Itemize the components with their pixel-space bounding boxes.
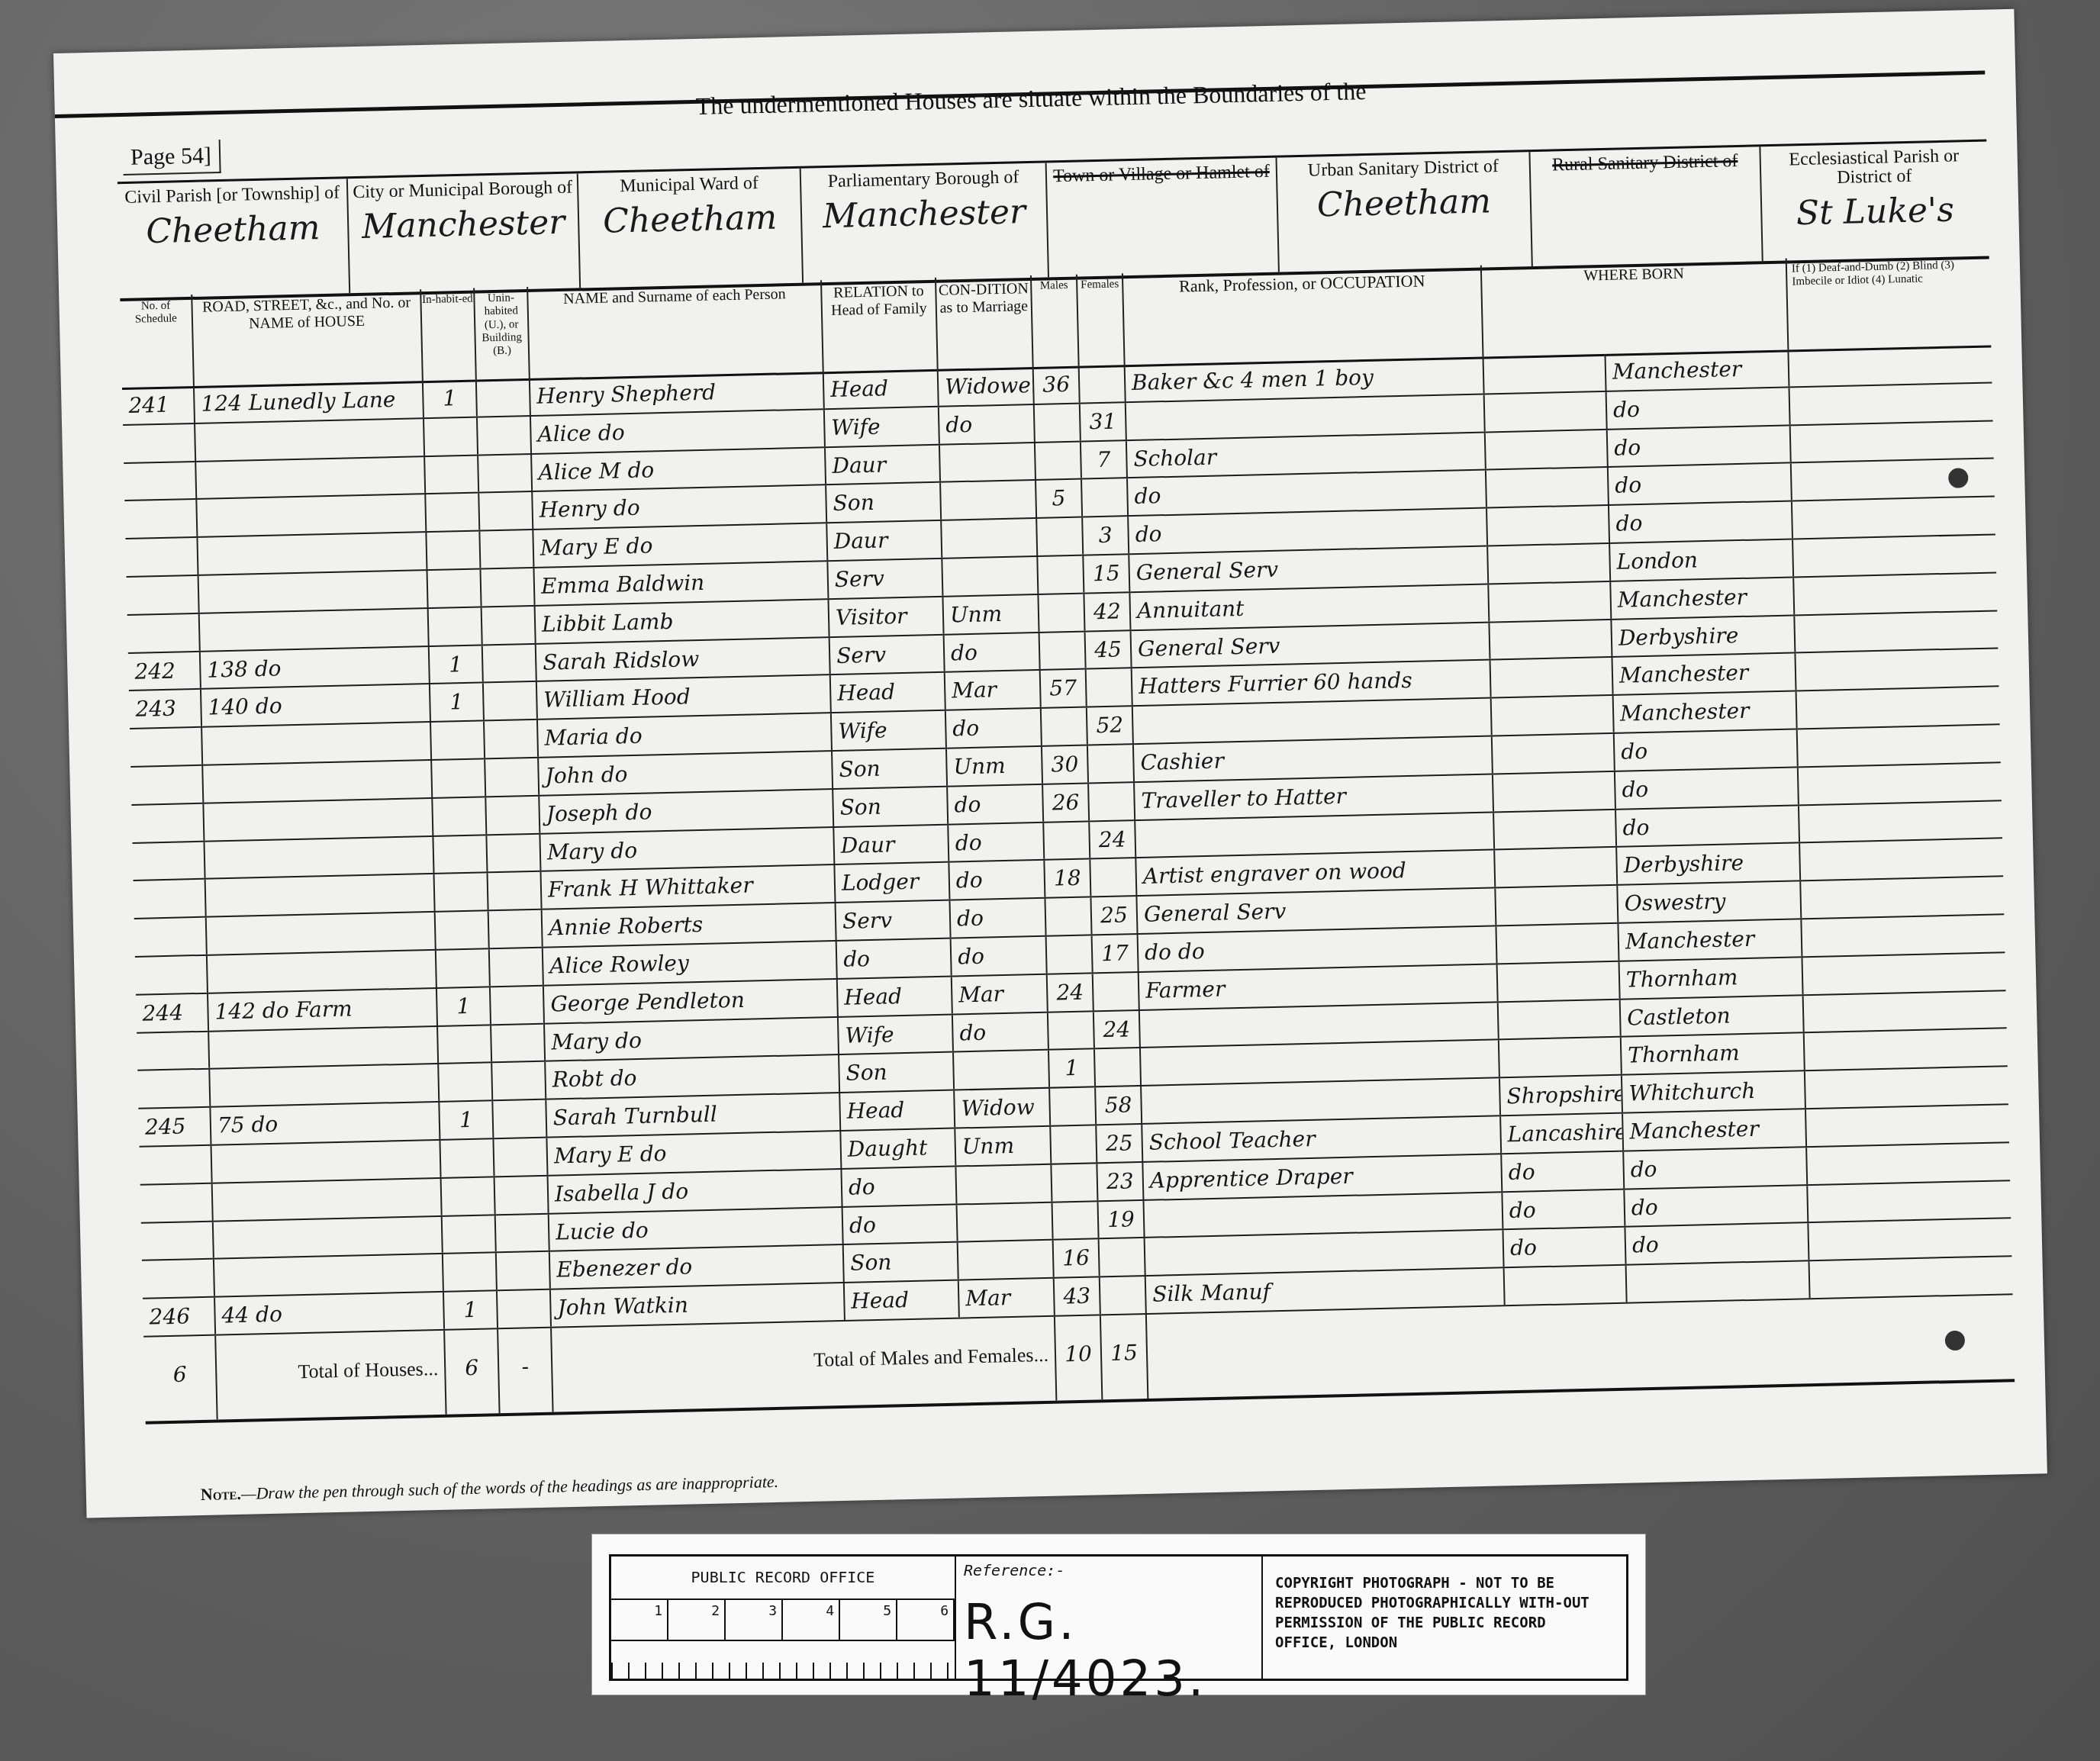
- relation-cell: Son: [844, 1243, 959, 1282]
- district-label: Rural Sanitary District of: [1552, 151, 1738, 175]
- condition-cell: [941, 481, 1037, 520]
- relation-cell: do: [837, 939, 952, 978]
- born-place-cell: do: [1625, 1186, 1809, 1226]
- schedule-cell: [137, 1070, 211, 1108]
- relation-cell: Serv: [830, 635, 945, 674]
- occupation-cell: General Serv: [1129, 546, 1489, 591]
- occupation-cell: [1135, 813, 1495, 857]
- record-office-stamp: PUBLIC RECORD OFFICE 123456 Reference:- …: [591, 1534, 1646, 1695]
- inhabited-cell: [429, 607, 483, 645]
- schedule-cell: [141, 1222, 214, 1260]
- born-county-cell: [1496, 924, 1619, 963]
- name-cell: Alice Rowley: [543, 942, 838, 985]
- district-label: Town or Village or Hamlet of: [1053, 162, 1270, 186]
- occupation-cell: Traveller to Hatter: [1135, 774, 1494, 819]
- schedule-cell: [124, 500, 198, 538]
- relation-cell: Head: [845, 1281, 960, 1320]
- condition-cell: [958, 1241, 1055, 1280]
- uninhabited-cell: [478, 417, 532, 454]
- name-cell: Henry do: [533, 486, 827, 530]
- district-civil-parish: Civil Parish [or Township] of Cheetham: [118, 179, 350, 298]
- name-cell: Mary E do: [533, 523, 828, 567]
- census-rows: 241124 Lunedly Lane1Henry ShepherdHeadWi…: [122, 345, 2015, 1424]
- relation-cell: Daur: [827, 521, 942, 560]
- uninhabited-cell: [496, 1214, 550, 1251]
- occupation-cell: General Serv: [1132, 623, 1491, 667]
- infirmity-cell: [1798, 725, 2001, 766]
- born-place-cell: Thornham: [1620, 958, 1804, 998]
- infirmity-cell: [1791, 421, 1994, 462]
- name-cell: Henry Shepherd: [530, 372, 825, 415]
- inhabited-cell: 1: [444, 1291, 498, 1328]
- born-county-cell: [1486, 468, 1609, 507]
- total-males: 10: [1055, 1315, 1103, 1400]
- born-place-cell: do: [1615, 729, 1799, 770]
- relation-cell: Daught: [841, 1128, 956, 1167]
- occupation-cell: Apprentice Draper: [1143, 1154, 1503, 1199]
- occupation-cell: Hatters Furrier 60 hands: [1132, 661, 1492, 705]
- road-cell: [208, 951, 437, 993]
- schedule-cell: [123, 424, 196, 462]
- born-place-cell: Oswestry: [1618, 881, 1802, 922]
- females-age-cell: 17: [1093, 935, 1139, 972]
- note-lead: Note.: [201, 1484, 242, 1504]
- born-county-cell: do: [1502, 1151, 1625, 1190]
- schedule-cell: 242: [128, 652, 201, 690]
- infirmity-cell: [1805, 1067, 2008, 1108]
- infirmity-cell: [1805, 1029, 2008, 1070]
- infirmity-cell: [1794, 573, 1997, 614]
- road-cell: [198, 533, 427, 575]
- uninhabited-cell: [480, 530, 534, 568]
- relation-cell: Wife: [839, 1015, 954, 1054]
- males-age-cell: [1042, 708, 1088, 745]
- name-cell: Joseph do: [539, 790, 834, 833]
- females-age-cell: 25: [1091, 897, 1138, 934]
- condition-cell: [942, 519, 1038, 558]
- inhabited-cell: [436, 949, 491, 987]
- relation-cell: Son: [826, 483, 942, 522]
- inhabited-cell: [433, 835, 488, 873]
- relation-cell: Head: [831, 673, 946, 712]
- born-place-cell: do: [1608, 426, 1792, 466]
- schedule-cell: [134, 880, 207, 918]
- born-place-cell: Derbyshire: [1612, 616, 1796, 656]
- road-cell: [197, 494, 427, 536]
- relation-cell: Serv: [836, 901, 952, 940]
- road-cell: [203, 761, 433, 803]
- ruler-number: 2: [668, 1600, 726, 1640]
- condition-cell: [954, 1051, 1050, 1090]
- name-cell: Mary E do: [547, 1132, 842, 1175]
- born-place-cell: Thornham: [1622, 1034, 1805, 1074]
- born-place-cell: Manchester: [1612, 654, 1796, 694]
- schedule-cell: [130, 766, 204, 804]
- born-county-cell: do: [1503, 1190, 1625, 1228]
- females-age-cell: [1093, 973, 1140, 1010]
- infirmity-cell: [1809, 1219, 2011, 1260]
- born-county-cell: [1496, 886, 1618, 925]
- relation-cell: Serv: [828, 559, 943, 598]
- born-county-cell: Lancashire: [1501, 1114, 1624, 1153]
- females-age-cell: 25: [1097, 1125, 1143, 1162]
- col-uninhabited: Unin-habited (U.), or Building (B.): [475, 287, 530, 380]
- road-cell: 142 do Farm: [208, 989, 438, 1031]
- uninhabited-cell: [482, 607, 536, 644]
- occupation-cell: do do: [1139, 926, 1498, 971]
- occupation-cell: [1126, 394, 1486, 439]
- infirmity-cell: [1795, 611, 1998, 652]
- males-age-cell: 30: [1042, 745, 1089, 783]
- uninhabited-cell: [481, 568, 535, 606]
- condition-cell: do: [949, 823, 1045, 861]
- ruler-number: 3: [726, 1600, 783, 1640]
- born-place-cell: London: [1610, 539, 1794, 580]
- females-age-cell: [1080, 365, 1126, 402]
- infirmity-cell: [1802, 915, 2005, 956]
- district-municipal-ward: Municipal Ward of Cheetham: [578, 169, 804, 288]
- col-where-born: WHERE BORN: [1482, 259, 1789, 357]
- name-cell: Emma Baldwin: [534, 562, 829, 605]
- total-females: 15: [1101, 1315, 1148, 1399]
- ruler-number: 4: [783, 1600, 840, 1640]
- uninhabited-cell: [488, 872, 543, 909]
- district-label: City or Municipal Borough of: [353, 178, 573, 203]
- males-age-cell: [1037, 518, 1084, 555]
- copyright-notice: COPYRIGHT PHOTOGRAPH - NOT TO BE REPRODU…: [1263, 1557, 1626, 1679]
- born-county-cell: [1498, 961, 1621, 1000]
- born-county-cell: [1493, 772, 1616, 811]
- uninhabited-cell: [484, 682, 538, 720]
- road-cell: [212, 1141, 442, 1183]
- uninhabited-cell: [492, 1062, 546, 1099]
- born-place-cell: do: [1607, 388, 1791, 428]
- occupation-cell: Cashier: [1134, 736, 1493, 781]
- relation-cell: Lodger: [835, 863, 950, 902]
- ruler-numbers: 123456: [611, 1600, 955, 1641]
- males-age-cell: 43: [1055, 1277, 1101, 1315]
- males-age-cell: [1044, 822, 1090, 859]
- females-age-cell: 7: [1081, 441, 1128, 478]
- relation-cell: Head: [838, 977, 953, 1016]
- col-schedule: No. of Schedule: [120, 295, 195, 388]
- females-age-cell: 42: [1084, 593, 1131, 630]
- males-age-cell: 24: [1048, 974, 1094, 1011]
- infirmity-cell: [1802, 953, 2005, 994]
- inhabited-cell: [426, 494, 480, 531]
- name-cell: Alice M do: [532, 448, 826, 491]
- relation-cell: do: [842, 1167, 957, 1206]
- males-age-cell: [1050, 1087, 1097, 1125]
- ruler-number: 6: [897, 1600, 955, 1640]
- relation-cell: Son: [839, 1053, 955, 1092]
- inhabited-cell: [428, 569, 482, 607]
- occupation-cell: do: [1128, 471, 1487, 515]
- ruler-ticks: [611, 1641, 955, 1679]
- males-age-cell: 36: [1034, 366, 1081, 404]
- born-place-cell: do: [1624, 1148, 1808, 1188]
- relation-cell: do: [843, 1205, 958, 1244]
- relation-cell: Daur: [834, 825, 949, 864]
- road-cell: 44 do: [215, 1293, 445, 1334]
- district-label: Municipal Ward of: [620, 173, 759, 196]
- ruler-number: 5: [840, 1600, 897, 1640]
- born-place-cell: [1627, 1261, 1811, 1302]
- born-county-cell: [1493, 734, 1615, 773]
- relation-cell: Wife: [825, 407, 940, 446]
- road-cell: [204, 799, 433, 841]
- col-inhabited: In-habit-ed: [421, 288, 477, 381]
- relation-cell: Son: [833, 787, 949, 826]
- name-cell: Frank H Whittaker: [542, 865, 836, 909]
- schedule-cell: [140, 1146, 213, 1184]
- district-town-village: Town or Village or Hamlet of: [1047, 158, 1280, 278]
- inhabited-cell: [425, 456, 479, 493]
- uninhabited-cell: [486, 797, 540, 834]
- schedule-cell: 246: [143, 1298, 216, 1336]
- born-place-cell: do: [1609, 502, 1793, 542]
- condition-cell: [942, 557, 1039, 596]
- road-cell: 138 do: [201, 647, 430, 689]
- born-place-cell: Manchester: [1611, 578, 1795, 618]
- condition-cell: Mar: [952, 975, 1048, 1014]
- condition-cell: [940, 443, 1036, 482]
- occupation-cell: [1133, 699, 1493, 743]
- males-age-cell: [1039, 594, 1085, 631]
- infirmity-cell: [1799, 801, 2002, 842]
- district-value: St Luke's: [1762, 192, 1989, 233]
- females-age-cell: [1082, 479, 1129, 517]
- name-cell: Maria do: [538, 713, 833, 757]
- males-age-cell: [1048, 1012, 1095, 1049]
- page-label: Page 54]: [123, 140, 221, 175]
- name-cell: William Hood: [537, 675, 832, 719]
- schedule-cell: 241: [122, 386, 195, 424]
- condition-cell: do: [953, 1012, 1049, 1051]
- schedule-cell: [127, 576, 200, 614]
- born-county-cell: [1491, 658, 1614, 697]
- schedule-cell: [131, 804, 205, 842]
- occupation-cell: Annuitant: [1130, 584, 1490, 629]
- males-age-cell: [1040, 632, 1087, 669]
- infirmity-cell: [1801, 877, 2004, 918]
- females-age-cell: 23: [1097, 1163, 1144, 1200]
- occupation-cell: Silk Manuf: [1146, 1268, 1506, 1312]
- males-age-cell: 1: [1049, 1050, 1096, 1087]
- females-age-cell: [1087, 669, 1133, 707]
- road-cell: [202, 723, 432, 765]
- schedule-cell: 244: [136, 993, 209, 1032]
- schedule-cell: 243: [129, 690, 202, 728]
- schedule-cell: 245: [138, 1108, 211, 1146]
- born-county-cell: [1486, 430, 1609, 469]
- occupation-cell: Artist engraver on wood: [1136, 851, 1496, 895]
- occupation-cell: Farmer: [1139, 964, 1499, 1009]
- males-age-cell: 18: [1045, 860, 1091, 897]
- district-label: Ecclesiastical Parish or District of: [1789, 146, 1959, 188]
- born-county-cell: [1484, 354, 1607, 393]
- schedule-cell: [135, 956, 208, 994]
- schedule-cell: [137, 1032, 210, 1070]
- infirmity-cell: [1807, 1143, 2010, 1184]
- road-cell: [205, 837, 434, 879]
- col-name: NAME and Surname of each Person: [528, 280, 824, 378]
- name-cell: John do: [539, 752, 833, 795]
- males-age-cell: 5: [1036, 480, 1083, 517]
- total-inhabited: 6: [445, 1329, 500, 1415]
- reference-box: Reference:- R.G. 11/4023.: [956, 1557, 1263, 1679]
- col-relation: RELATION to Head of Family: [822, 278, 939, 372]
- females-age-cell: 19: [1098, 1200, 1145, 1238]
- road-cell: [200, 609, 430, 651]
- females-age-cell: 31: [1081, 403, 1127, 440]
- name-cell: Sarah Ridslow: [536, 638, 831, 681]
- district-value: Manchester: [802, 195, 1047, 235]
- born-place-cell: Manchester: [1614, 692, 1798, 732]
- name-cell: Isabella J do: [549, 1170, 843, 1213]
- condition-cell: do: [946, 709, 1042, 748]
- born-place-cell: Manchester: [1623, 1109, 1807, 1150]
- total-schedules: 6: [143, 1336, 217, 1421]
- females-age-cell: [1089, 783, 1135, 820]
- infirmity-cell: [1799, 763, 2002, 804]
- inhabited-cell: [440, 1139, 494, 1177]
- inhabited-cell: [431, 722, 485, 759]
- uninhabited-cell: [483, 644, 537, 681]
- uninhabited-cell: [487, 834, 541, 871]
- condition-cell: Unm: [955, 1127, 1052, 1166]
- inhabited-cell: [435, 874, 489, 911]
- males-age-cell: [1051, 1125, 1097, 1163]
- condition-cell: Widower: [939, 367, 1035, 406]
- infirmity-cell: [1800, 839, 2003, 880]
- district-rural-sanitary: Rural Sanitary District of: [1530, 146, 1763, 266]
- name-cell: Mary do: [545, 1018, 839, 1061]
- office-title: PUBLIC RECORD OFFICE: [611, 1557, 955, 1600]
- infirmity-cell: [1804, 991, 2007, 1032]
- born-county-cell: [1490, 620, 1612, 658]
- infirmity-cell: [1806, 1105, 2009, 1146]
- uninhabited-cell: [477, 378, 531, 416]
- infirmity-cell: [1792, 497, 1995, 539]
- district-parliamentary-borough: Parliamentary Borough of Manchester: [801, 163, 1049, 283]
- district-label: Urban Sanitary District of: [1308, 156, 1499, 181]
- condition-cell: Mar: [959, 1279, 1055, 1318]
- inhabited-cell: [436, 911, 490, 948]
- district-value: Cheetham: [118, 211, 348, 251]
- road-cell: [196, 457, 426, 499]
- road-cell: [207, 913, 436, 955]
- occupation-cell: [1141, 1041, 1500, 1085]
- occupation-cell: do: [1129, 509, 1488, 553]
- road-cell: [214, 1216, 443, 1258]
- name-cell: Ebenezer do: [550, 1245, 845, 1289]
- census-sheet: The undermentioned Houses are situate wi…: [53, 9, 2047, 1518]
- district-label: Parliamentary Borough of: [827, 167, 1019, 192]
- col-condition: CON-DITION as to Marriage: [936, 275, 1034, 369]
- condition-cell: Unm: [947, 747, 1043, 786]
- uninhabited-cell: [495, 1176, 549, 1213]
- road-cell: [213, 1179, 443, 1221]
- col-occupation: Rank, Profession, or OCCUPATION: [1123, 266, 1484, 365]
- uninhabited-cell: [498, 1290, 552, 1328]
- uninhabited-cell: [491, 1024, 546, 1061]
- females-age-cell: 24: [1094, 1011, 1141, 1048]
- boundaries-heading: The undermentioned Houses are situate wi…: [695, 77, 1366, 121]
- males-age-cell: [1047, 935, 1093, 973]
- pro-scale: PUBLIC RECORD OFFICE 123456: [611, 1557, 956, 1679]
- occupation-cell: General Serv: [1137, 889, 1496, 933]
- born-county-cell: [1492, 696, 1615, 735]
- uninhabited-cell: [491, 986, 545, 1023]
- infirmity-cell: [1796, 649, 1999, 691]
- total-persons-label: Total of Males and Females...: [552, 1317, 1057, 1412]
- occupation-cell: Scholar: [1127, 433, 1486, 477]
- born-place-cell: do: [1609, 464, 1792, 504]
- name-cell: Robt do: [546, 1055, 840, 1099]
- uninhabited-cell: [493, 1100, 547, 1138]
- schedule-cell: [140, 1183, 214, 1222]
- born-place-cell: Manchester: [1606, 349, 1789, 390]
- males-age-cell: [1036, 442, 1082, 479]
- reference-value: R.G. 11/4023.: [964, 1595, 1261, 1708]
- schedule-cell: [124, 462, 197, 500]
- uninhabited-cell: [479, 492, 533, 530]
- born-county-cell: [1485, 392, 1608, 431]
- name-cell: John Watkin: [551, 1283, 845, 1327]
- road-cell: [206, 874, 436, 916]
- occupation-cell: School Teacher: [1142, 1116, 1502, 1161]
- infirmity-cell: [1808, 1181, 2011, 1222]
- occupation-cell: Baker &c 4 men 1 boy: [1126, 357, 1485, 401]
- total-uninhabited: -: [498, 1328, 553, 1414]
- uninhabited-cell: [489, 910, 543, 948]
- col-males: Males: [1032, 275, 1080, 367]
- inhabited-cell: [427, 532, 481, 569]
- inhabited-cell: 1: [430, 645, 484, 683]
- infirmity-cell: [1789, 345, 1992, 386]
- ruler-number: 1: [611, 1600, 668, 1640]
- born-place-cell: Derbyshire: [1617, 844, 1801, 884]
- females-age-cell: [1100, 1276, 1147, 1314]
- total-houses-label: Total of Houses...: [216, 1331, 446, 1420]
- inhabited-cell: 1: [437, 987, 491, 1025]
- occupation-cell: [1140, 1003, 1499, 1047]
- name-cell: Lucie do: [549, 1207, 844, 1251]
- relation-cell: Head: [824, 369, 939, 408]
- relation-cell: Head: [840, 1091, 955, 1130]
- uninhabited-cell: [485, 720, 539, 758]
- females-age-cell: 52: [1087, 707, 1134, 744]
- condition-cell: do: [939, 405, 1036, 444]
- inhabited-cell: 1: [440, 1101, 494, 1138]
- inhabited-cell: [438, 1025, 492, 1063]
- district-ecclesiastical: Ecclesiastical Parish or District of St …: [1760, 142, 1989, 262]
- district-urban-sanitary: Urban Sanitary District of Cheetham: [1277, 152, 1533, 272]
- relation-cell: Daur: [826, 445, 941, 484]
- born-place-cell: Whitchurch: [1622, 1071, 1806, 1112]
- born-county-cell: [1488, 544, 1611, 583]
- females-age-cell: 15: [1084, 555, 1130, 592]
- condition-cell: [958, 1202, 1054, 1241]
- district-value: Manchester: [349, 205, 578, 246]
- road-cell: 124 Lunedly Lane: [195, 381, 424, 423]
- uninhabited-cell: [497, 1252, 551, 1289]
- born-county-cell: [1487, 506, 1610, 545]
- inhabited-cell: [439, 1064, 493, 1101]
- footnote: Note.—Draw the pen through such of the w…: [201, 1472, 779, 1505]
- born-county-cell: [1499, 1000, 1622, 1038]
